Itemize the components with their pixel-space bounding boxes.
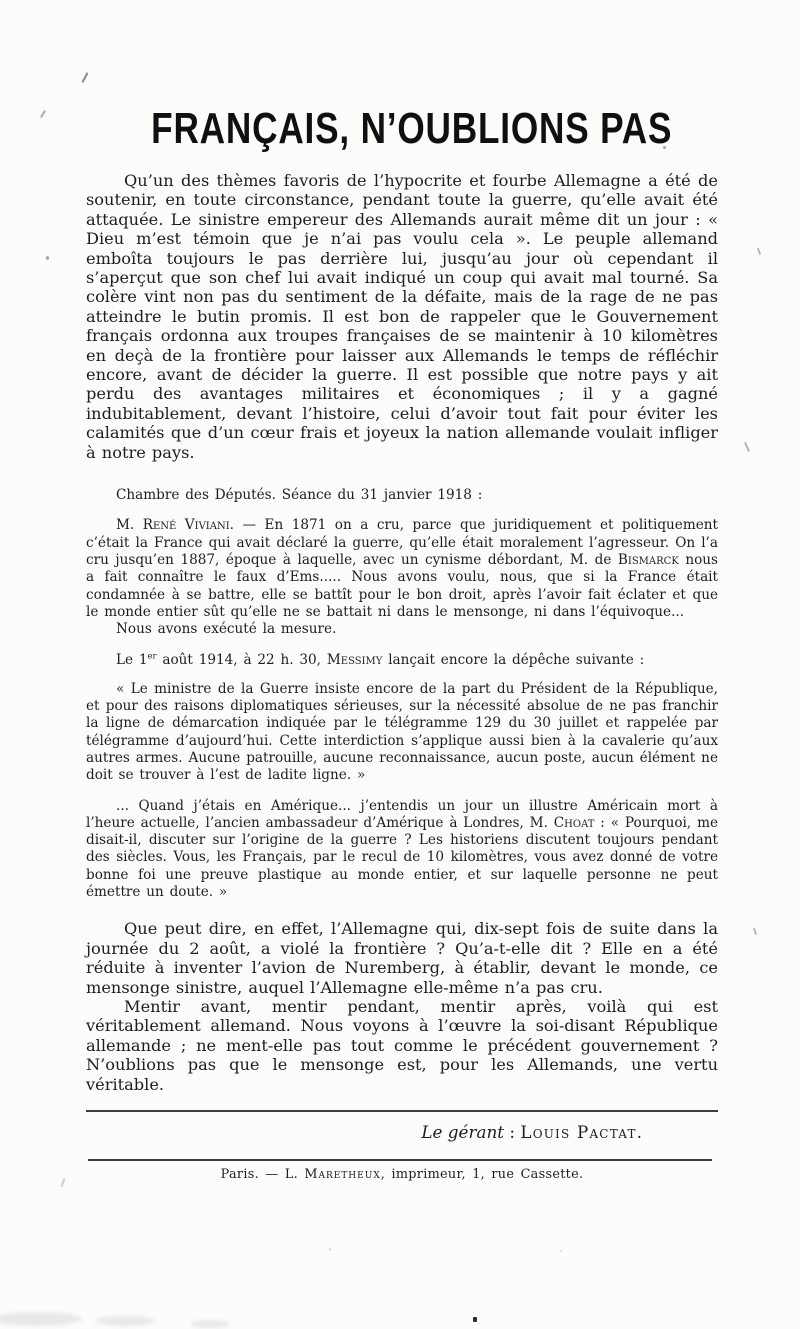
imprint-text-a: Paris. — L. xyxy=(221,1167,305,1182)
gerant-name: Louis Pactat xyxy=(520,1122,636,1142)
signature-line: Le gérant : Louis Pactat. xyxy=(86,1122,718,1142)
messimy-name: Messimy xyxy=(327,652,383,668)
viviani-paragraph: M. René Viviani. — En 1871 on a cru, par… xyxy=(86,517,718,621)
scan-artifact xyxy=(46,256,49,260)
scanned-document-page: { "colors": { "paper": "#fcfcfb", "ink":… xyxy=(0,0,800,1329)
messimy-line: Le 1er août 1914, à 22 h. 30, Messimy la… xyxy=(86,652,718,669)
executed-line: Nous avons exécuté la mesure. xyxy=(86,621,718,638)
printer-name: Maretheux xyxy=(304,1167,380,1182)
ordinal-suffix: er xyxy=(148,651,157,661)
imprint-text-b: , imprimeur, 1, rue Cassette. xyxy=(381,1167,584,1182)
page-title-text: FRANÇAIS, N’OUBLIONS PAS xyxy=(151,104,672,154)
scan-artifact xyxy=(190,1320,230,1328)
scan-artifact xyxy=(744,442,750,452)
scan-artifact xyxy=(753,928,757,935)
scan-artifact xyxy=(560,1250,562,1252)
america-paragraph: ... Quand j’étais en Amérique... j’enten… xyxy=(86,798,718,902)
speaker-name: René Viviani xyxy=(143,517,230,533)
signature-separator: : xyxy=(504,1122,520,1142)
scan-artifact xyxy=(0,1312,82,1326)
page-column: FRANÇAIS, N’OUBLIONS PAS Qu’un des thème… xyxy=(86,0,718,1195)
scan-artifact xyxy=(95,1316,155,1326)
messimy-text-b: lançait encore la dépêche suivante : xyxy=(382,652,644,668)
page-title: FRANÇAIS, N’OUBLIONS PAS xyxy=(86,104,718,154)
ministry-quote-paragraph: « Le ministre de la Guerre insiste encor… xyxy=(86,681,718,785)
messimy-prefix: Le 1 xyxy=(116,652,148,668)
scan-artifact xyxy=(757,248,761,255)
scan-artifact xyxy=(329,1248,331,1251)
divider-rule-top xyxy=(86,1110,718,1112)
scan-artifact xyxy=(40,110,46,118)
intro-paragraph: Qu’un des thèmes favoris de l’hypocrite … xyxy=(86,171,718,462)
divider-rule-bottom xyxy=(88,1159,712,1161)
speaker-prefix: M. xyxy=(116,517,143,533)
messimy-text-a: août 1914, à 22 h. 30, xyxy=(157,652,327,668)
imprint-line: Paris. — L. Maretheux, imprimeur, 1, rue… xyxy=(86,1167,718,1182)
bismarck-name: Bismarck xyxy=(618,552,679,568)
scan-artifact xyxy=(61,1178,66,1187)
session-heading: Chambre des Députés. Séance du 31 janvie… xyxy=(86,487,718,504)
allemagne-paragraph: Que peut dire, en effet, l’Allemagne qui… xyxy=(86,919,718,997)
signature-period: . xyxy=(637,1122,642,1142)
scan-artifact xyxy=(473,1317,477,1322)
choat-name: Choat xyxy=(554,815,595,831)
mentir-paragraph: Mentir avant, mentir pendant, mentir apr… xyxy=(86,997,718,1094)
gerant-label: Le gérant xyxy=(421,1122,504,1142)
